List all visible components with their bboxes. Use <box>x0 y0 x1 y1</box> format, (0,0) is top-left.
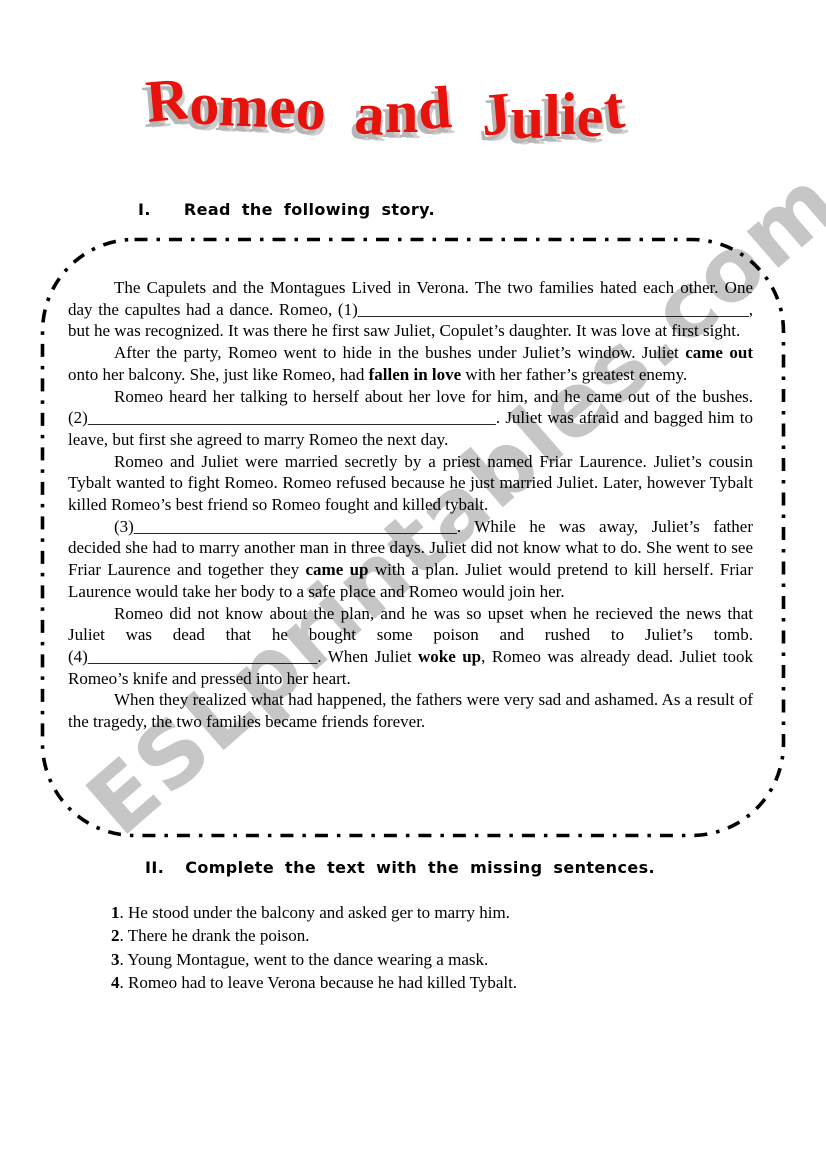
story-segment: (3) <box>114 517 134 536</box>
section-2-heading: II. Complete the text with the missing s… <box>145 858 655 877</box>
story-text: The Capulets and the Montagues Lived in … <box>40 237 786 733</box>
title-letter: e <box>269 74 296 140</box>
title-letter: a <box>353 80 388 148</box>
story-paragraph: Romeo did not know about the plan, and h… <box>68 603 753 690</box>
sentence-text: . Romeo had to leave Verona because he h… <box>120 973 518 992</box>
blank-underline: ___________________________ <box>88 647 318 666</box>
title-letter: R <box>143 65 192 135</box>
title-letter: e <box>576 82 606 149</box>
title-letter <box>452 64 481 130</box>
section-2-label: Complete the text with the missing sente… <box>185 858 655 877</box>
section-1-label: Read the following story. <box>184 200 435 219</box>
sentence-text: . Young Montague, went to the dance wear… <box>120 950 489 969</box>
title-letter: m <box>218 72 270 140</box>
story-box: The Capulets and the Montagues Lived in … <box>40 237 786 838</box>
missing-sentence-item: 4. Romeo had to leave Verona because he … <box>111 971 517 994</box>
sentence-number: 2 <box>111 926 120 945</box>
missing-sentences-list: 1. He stood under the balcony and asked … <box>111 901 517 994</box>
title-letter: l <box>544 83 561 149</box>
story-paragraph: The Capulets and the Montagues Lived in … <box>68 277 753 342</box>
title-letter: J <box>478 80 514 148</box>
section-1-heading: I. Read the following story. <box>138 200 435 219</box>
story-segment: Romeo and Juliet were married secretly b… <box>68 452 753 514</box>
section-2-numeral: II. <box>145 858 164 877</box>
missing-sentence-item: 1. He stood under the balcony and asked … <box>111 901 517 924</box>
story-paragraph: When they realized what had happened, th… <box>68 689 753 732</box>
story-paragraph: Romeo heard her talking to herself about… <box>68 386 753 451</box>
bold-phrase: came up <box>306 560 369 579</box>
title-letter: n <box>385 79 418 145</box>
sentence-number: 1 <box>111 903 120 922</box>
story-segment: onto her balcony. She, just like Romeo, … <box>68 365 369 384</box>
story-paragraph: Romeo and Juliet were married secretly b… <box>68 451 753 516</box>
title-letter: o <box>189 71 219 137</box>
sentence-text: . There he drank the poison. <box>120 926 310 945</box>
missing-sentence-item: 3. Young Montague, went to the dance wea… <box>111 948 517 971</box>
bold-phrase: woke up <box>418 647 481 666</box>
sentence-text: . He stood under the balcony and asked g… <box>120 903 510 922</box>
title-letter <box>326 64 355 130</box>
blank-underline: ________________________________________… <box>88 408 496 427</box>
story-segment: with her father’s greatest enemy. <box>461 365 687 384</box>
title-letter: d <box>416 74 454 142</box>
section-1-numeral: I. <box>138 200 151 219</box>
sentence-number: 4 <box>111 973 120 992</box>
title-letter: o <box>294 75 327 142</box>
sentence-number: 3 <box>111 950 120 969</box>
story-paragraph: After the party, Romeo went to hide in t… <box>68 342 753 385</box>
title-letter: u <box>511 85 544 151</box>
blank-underline: ______________________________________ <box>134 517 457 536</box>
bold-phrase: fallen in love <box>369 365 462 384</box>
story-segment: When they realized what had happened, th… <box>68 690 753 731</box>
bold-phrase: came out <box>685 343 753 362</box>
page-title: Romeo and Juliet <box>146 64 624 130</box>
blank-underline: ________________________________________… <box>358 300 749 319</box>
missing-sentence-item: 2. There he drank the poison. <box>111 924 517 947</box>
title-letter: t <box>601 74 628 142</box>
story-segment: After the party, Romeo went to hide in t… <box>114 343 685 362</box>
story-paragraph: (3)_____________________________________… <box>68 516 753 603</box>
story-segment: . When Juliet <box>317 647 418 666</box>
